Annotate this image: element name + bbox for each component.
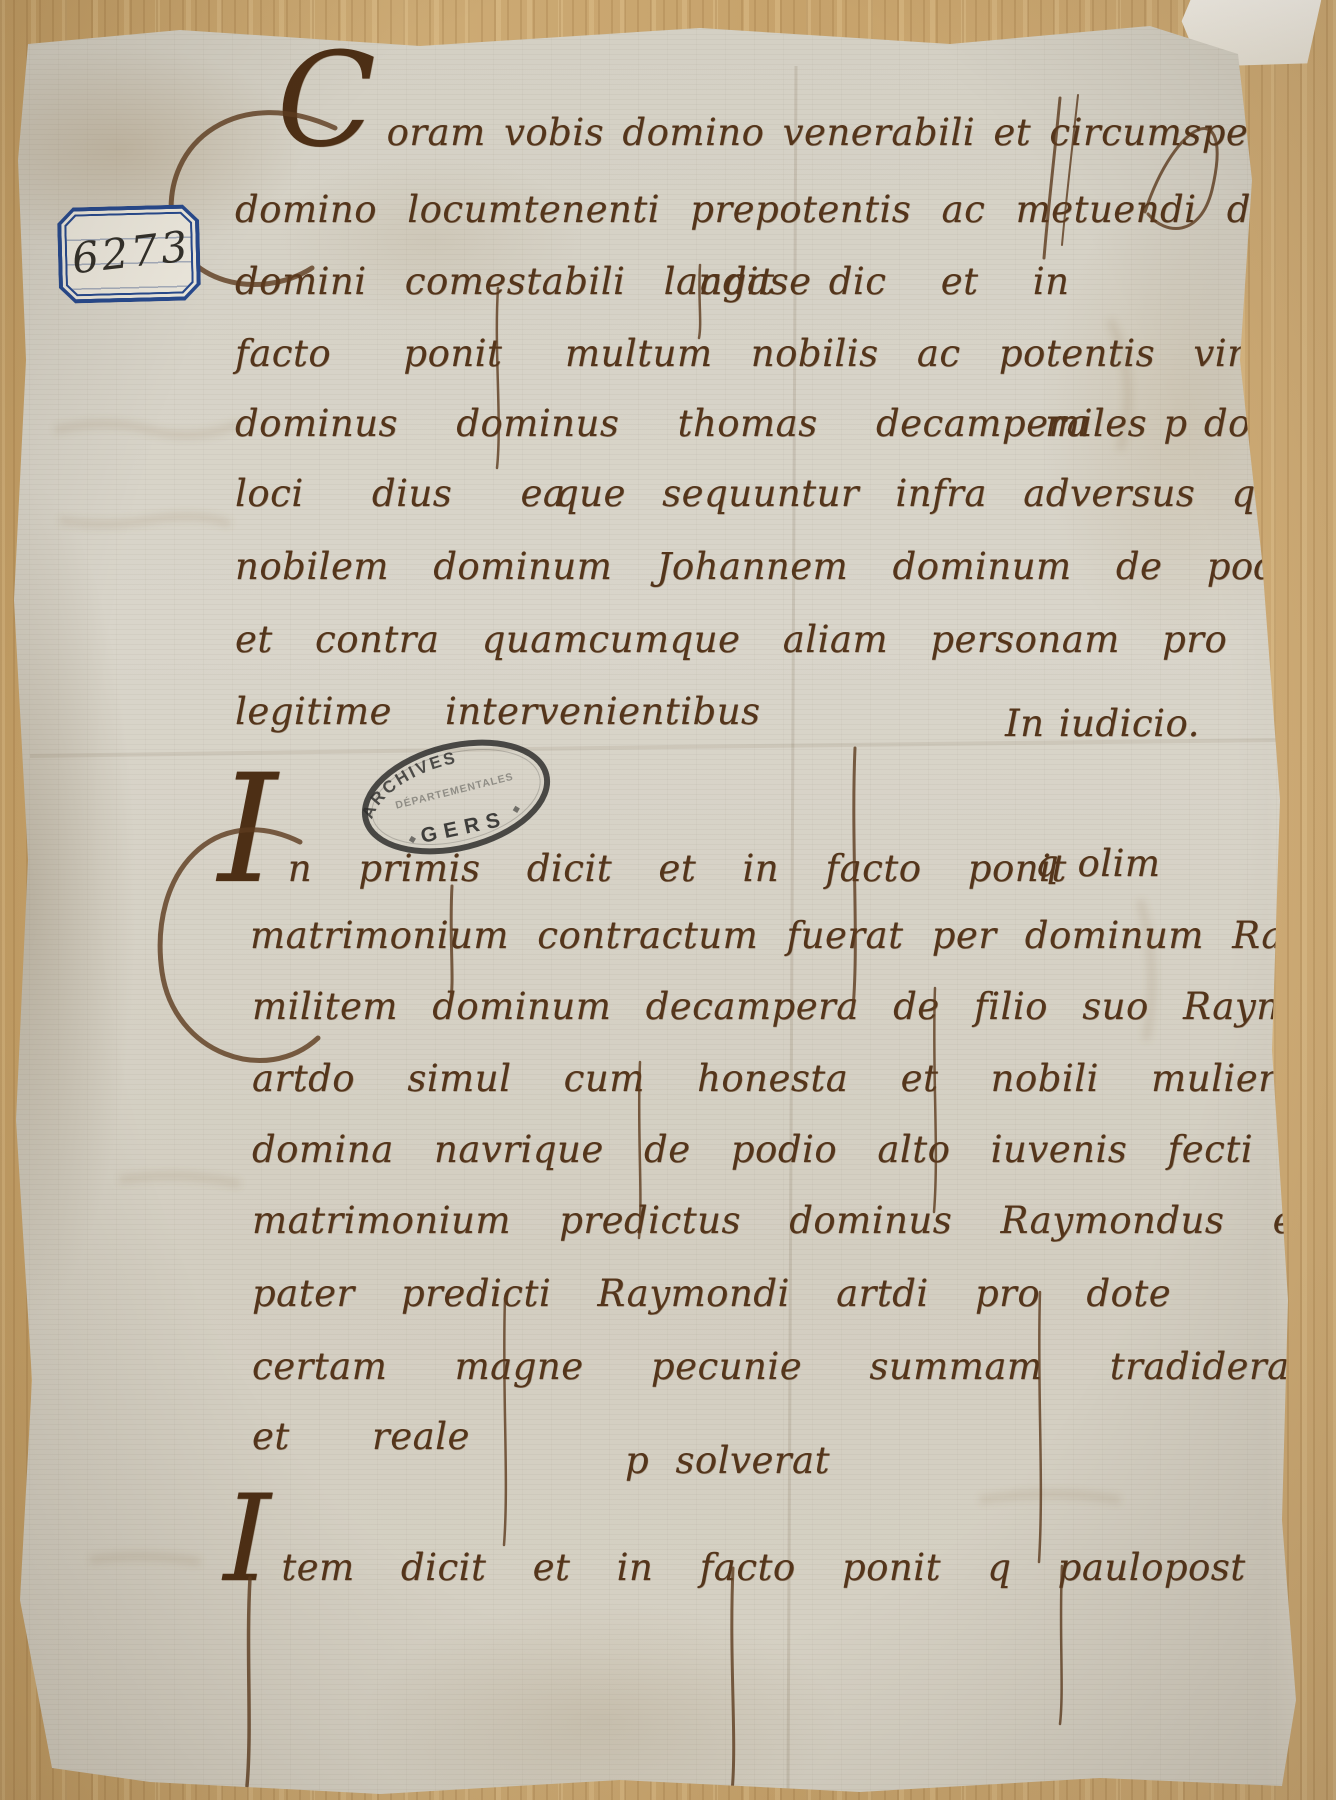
manuscript-line: matrimonium contractum fuerat per dominu… xyxy=(250,912,1336,960)
manuscript-line: domina navrique de podio alto iuvenis fe… xyxy=(252,1126,1253,1174)
manuscript-line: legitime xyxy=(235,688,392,736)
archive-shelfmark-label: 6273 xyxy=(57,204,201,304)
manuscript-line: Coram vobis domino venerabili et circums… xyxy=(300,100,1336,157)
manuscript-line: matrimonium predictus dominus Raymondus … xyxy=(252,1197,1336,1245)
label-inner-border: 6273 xyxy=(64,211,194,296)
manuscript-line: et contra quamcumque aliam personam pro … xyxy=(235,616,1336,664)
stamp-ornament-right: ◆ xyxy=(511,803,522,815)
manuscript-line: domino locumtenenti prepotentis ac metue… xyxy=(235,186,1336,234)
manuscript-line: militem dominum decampera de filio suo R… xyxy=(252,983,1336,1031)
manuscript-line: loci dius ea xyxy=(235,470,565,518)
manuscript-line: et reale xyxy=(252,1413,470,1461)
manuscript-line: p solverat xyxy=(625,1437,830,1485)
manuscript-line: Item dicit et in facto ponit q paulopost xyxy=(245,1540,1246,1592)
label-border: 6273 xyxy=(61,208,197,299)
manuscript-line: artdo simul cum honesta et nobili mulier… xyxy=(252,1055,1299,1103)
manuscript-line: facto ponit xyxy=(235,330,502,378)
manuscript-sheet: Coram vobis domino venerabili et circums… xyxy=(0,0,1336,1800)
shelfmark-number: 6273 xyxy=(69,221,193,283)
manuscript-line: multum nobilis ac potentis viri xyxy=(565,330,1258,378)
manuscript-line: pater predicti Raymondi artdi pro dote xyxy=(252,1270,1171,1318)
label-ruled-area: 6273 xyxy=(66,213,192,294)
stamp-bottom-text: GERS xyxy=(419,807,509,848)
manuscript-line: dominus dominus thomas decampera xyxy=(235,400,1089,448)
manuscript-line: nobilem dominum Johannem dominum de podi… xyxy=(235,543,1336,591)
manuscript-line: certam magne pecunie summam tradiderat xyxy=(252,1343,1305,1391)
photo-of-manuscript: { "page": { "colors": { "table_wood": "#… xyxy=(0,0,1336,1800)
manuscript-line: agit dic et in xyxy=(700,258,1069,306)
manuscript-line: q olim xyxy=(1035,840,1160,888)
manuscript-line: In iudicio. xyxy=(1005,700,1200,748)
manuscript-line: que sequuntur infra adversus quem xyxy=(555,470,1336,518)
manuscript-line: miles p dote xyxy=(1045,400,1289,448)
